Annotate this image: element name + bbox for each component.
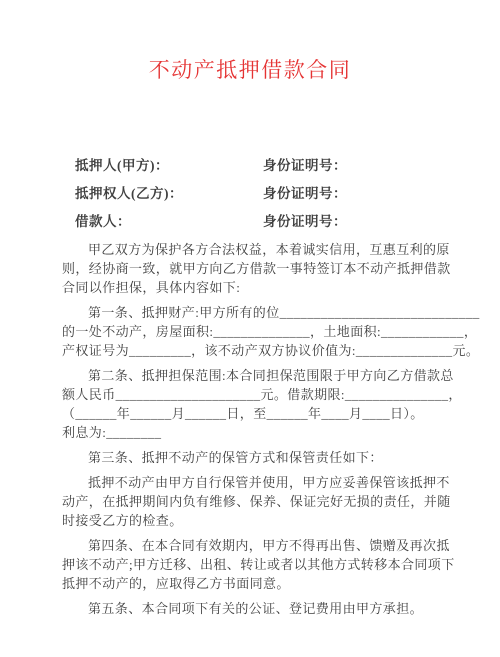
text-line: 合同以作担保，具体内容如下: xyxy=(62,278,440,297)
text-line: 动产，在抵押期间内负有维修、保养、保证完好无损的责任，并随 xyxy=(62,492,440,511)
text-line: 第三条、抵押不动产的保管方式和保管责任如下： xyxy=(62,448,440,467)
text-line: （______年______月______日，至______年____月____… xyxy=(62,404,440,423)
text-line: 第四条、在本合同有效期内，甲方不得再出售、馈赠及再次抵 xyxy=(62,536,440,555)
clause-2: 第二条、抵押担保范围:本合同担保范围限于甲方向乙方借款总额人民币________… xyxy=(62,366,440,442)
text-line: 利息为:________ xyxy=(62,423,440,442)
text-line: 押该不动产;甲方迁移、出租、转让或者以其他方式转移本合同项下 xyxy=(62,555,440,574)
text-line: 第一条、抵押财产:甲方所有的位_________________________… xyxy=(62,303,440,322)
party-row-borrower: 借款人： 身份证明号： xyxy=(75,212,500,231)
id-number-label: 身份证明号： xyxy=(263,212,347,231)
text-line: 时接受乙方的检查。 xyxy=(62,511,440,530)
contract-body: 甲乙双方为保护各方合法权益，本着诚实信用，互惠互利的原则，经协商一致，就甲方向乙… xyxy=(62,240,440,618)
text-line: 抵押不动产的，应取得乙方书面同意。 xyxy=(62,574,440,593)
party-row-mortgagee: 抵押权人(乙方)： 身份证明号： xyxy=(75,184,500,203)
id-number-label: 身份证明号： xyxy=(263,184,347,203)
party-label: 抵押人(甲方)： xyxy=(75,156,263,175)
parties-section: 抵押人(甲方)： 身份证明号： 抵押权人(乙方)： 身份证明号： 借款人： 身份… xyxy=(75,156,500,231)
paragraph-intro: 甲乙双方为保护各方合法权益，本着诚实信用，互惠互利的原则，经协商一致，就甲方向乙… xyxy=(62,240,440,297)
party-row-mortgagor: 抵押人(甲方)： 身份证明号： xyxy=(75,156,500,175)
party-label: 抵押权人(乙方)： xyxy=(75,184,263,203)
text-line: 抵押不动产由甲方自行保管并使用，甲方应妥善保管该抵押不 xyxy=(62,473,440,492)
text-line: 第五条、本合同项下有关的公证、登记费用由甲方承担。 xyxy=(62,599,440,618)
text-line: 第二条、抵押担保范围:本合同担保范围限于甲方向乙方借款总 xyxy=(62,366,440,385)
clause-3-paragraph: 抵押不动产由甲方自行保管并使用，甲方应妥善保管该抵押不动产，在抵押期间内负有维修… xyxy=(62,473,440,530)
text-line: 的一处不动产，房屋面积:______________，土地面积:________… xyxy=(62,322,440,341)
text-line: 产权证号为_________，该不动产双方协议价值为:_____________… xyxy=(62,341,440,360)
document-page: 不动产抵押借款合同 抵押人(甲方)： 身份证明号： 抵押权人(乙方)： 身份证明… xyxy=(0,0,500,657)
text-line: 额人民币_____________________元。借款期限:________… xyxy=(62,385,440,404)
clause-5: 第五条、本合同项下有关的公证、登记费用由甲方承担。 xyxy=(62,599,440,618)
clause-4: 第四条、在本合同有效期内，甲方不得再出售、馈赠及再次抵押该不动产;甲方迁移、出租… xyxy=(62,536,440,593)
contract-title: 不动产抵押借款合同 xyxy=(0,0,500,84)
clause-1: 第一条、抵押财产:甲方所有的位_________________________… xyxy=(62,303,440,360)
id-number-label: 身份证明号： xyxy=(263,156,347,175)
clause-3-heading: 第三条、抵押不动产的保管方式和保管责任如下： xyxy=(62,448,440,467)
text-line: 甲乙双方为保护各方合法权益，本着诚实信用，互惠互利的原 xyxy=(62,240,440,259)
party-label: 借款人： xyxy=(75,212,263,231)
text-line: 则，经协商一致，就甲方向乙方借款一事特签订本不动产抵押借款 xyxy=(62,259,440,278)
